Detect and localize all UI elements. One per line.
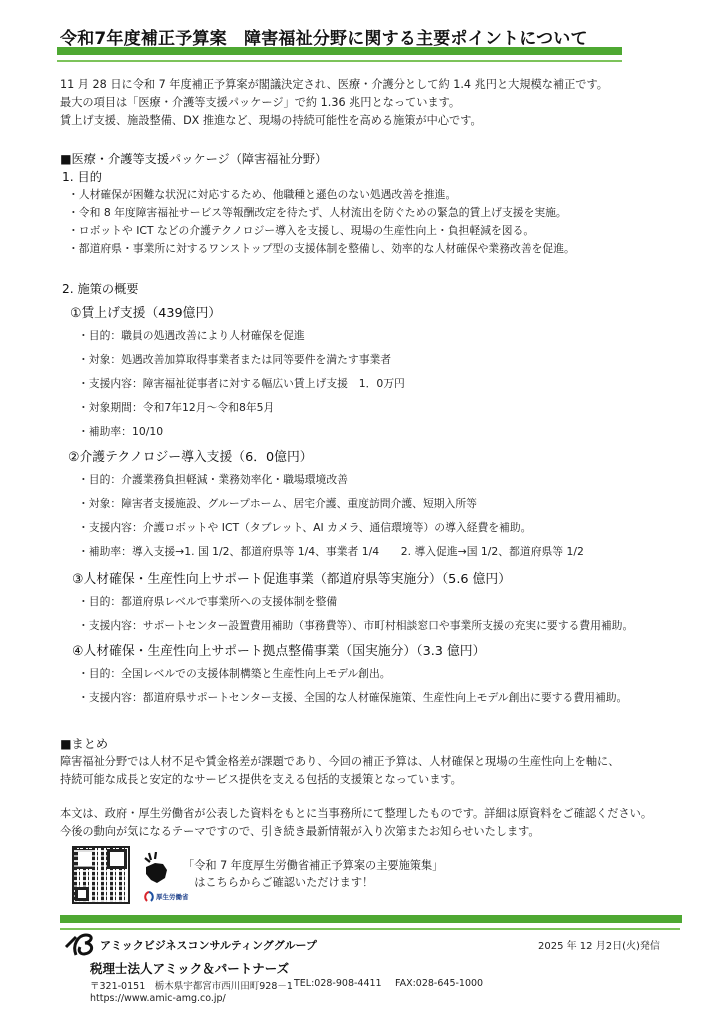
measure-item: ・支援内容：サポートセンター設置費用補助（事務費等）、市町村相談窓口や事業所支援… xyxy=(78,618,633,633)
measure-item: ・対象：処遇改善加算取得事業者または同等要件を満たす事業者 xyxy=(78,352,391,367)
intro-line: 賃上げ支援、施設整備、DX 推進など、現場の持続可能性を高める施策が中心です。 xyxy=(60,112,482,129)
ministry-emblem-icon xyxy=(144,891,154,902)
summary-line: 持続可能な成長と安定的なサービス提供を支える包括的支援策となっています。 xyxy=(60,771,462,788)
qr-callout-line: はこちらからご確認いただけます！ xyxy=(183,874,373,891)
group-name: アミックビジネスコンサルティンググループ xyxy=(100,937,317,953)
qr-finder xyxy=(75,887,89,901)
page-title: 令和7年度補正予算案 障害福祉分野に関する主要ポイントについて xyxy=(60,24,588,49)
measure-item: ・補助率：10/10 xyxy=(78,424,163,439)
purpose-item: ・令和 8 年度障害福祉サービス等報酬改定を待たず、人材流出を防ぐための緊急的賃… xyxy=(68,205,567,220)
note-line: 本文は、政府・厚生労働省が公表した資料をもとに当事務所にて整理したものです。詳細… xyxy=(60,805,652,822)
firm-address: 〒321-0151 栃木県宇都宮市西川田町928－1 xyxy=(90,978,293,992)
ministry-label: 厚生労働省 xyxy=(156,892,189,901)
tap-pointer-icon xyxy=(143,852,169,884)
measure-item: ・対象期間：令和7年12月～令和8年5月 xyxy=(78,400,274,415)
purpose-item: ・都道府県・事業所に対するワンストップ型の支援体制を整備し、効率的な人材確保や業… xyxy=(68,241,575,256)
qr-code[interactable] xyxy=(72,846,130,904)
firm-name: 税理士法人アミック＆パートナーズ xyxy=(90,959,289,977)
section-heading-package: ■医療・介護等支援パッケージ（障害福祉分野） xyxy=(60,150,327,167)
purpose-item: ・ロボットや ICT などの介護テクノロジー導入を支援し、現場の生産性向上・負担… xyxy=(68,223,534,238)
overview-heading: 2. 施策の概要 xyxy=(62,280,138,297)
qr-callout-line: 「令和 7 年度厚生労働省補正予算案の主要施策集」 xyxy=(183,857,443,874)
intro-line: 最大の項目は「医療・介護等支援パッケージ」で約 1.36 兆円となっています。 xyxy=(60,94,460,111)
purpose-item: ・人材確保が困難な状況に対応するため、他職種と遜色のない処遇改善を推進。 xyxy=(68,187,456,202)
measure-item: ・補助率：導入支援→1. 国 1/2、都道府県等 1/4、事業者 1/4 2. … xyxy=(78,544,584,559)
measure-item: ・目的：介護業務負担軽減・業務効率化・職場環境改善 xyxy=(78,472,348,487)
summary-line: 障害福祉分野では人材不足や賃金格差が課題であり、今回の補正予算は、人材確保と現場… xyxy=(60,753,619,770)
header-accent-bar xyxy=(57,47,622,55)
firm-fax: FAX:028-645-1000 xyxy=(395,978,483,989)
issue-date: 2025 年 12 月2日(火)発信 xyxy=(538,937,660,952)
measure-title: ④人材確保・生産性向上サポート拠点整備事業（国実施分）（3.3 億円） xyxy=(72,640,485,659)
measure-title: ③人材確保・生産性向上サポート促進事業（都道府県等実施分）（5.6 億円） xyxy=(72,568,511,587)
measure-item: ・目的：都道府県レベルで事業所への支援体制を整備 xyxy=(78,594,337,609)
measure-item: ・対象：障害者支援施設、グループホーム、居宅介護、重度訪問介護、短期入所等 xyxy=(78,496,477,511)
header-divider xyxy=(57,60,622,62)
ministry-logo: 厚生労働省 xyxy=(144,891,189,902)
firm-tel: TEL:028-908-4411 xyxy=(294,978,382,989)
measure-item: ・目的：全国レベルでの支援体制構築と生産性向上モデル創出。 xyxy=(78,666,391,681)
note-line: 今後の動向が気になるテーマですので、引き続き最新情報が入り次第またお知らせいたし… xyxy=(60,823,540,840)
section-heading-summary: ■まとめ xyxy=(60,735,108,752)
measure-item: ・支援内容：都道府県サポートセンター支援、全国的な人材確保施策、生産性向上モデル… xyxy=(78,690,627,705)
measure-title: ②介護テクノロジー導入支援（6．0億円） xyxy=(68,446,313,465)
measure-item: ・目的：職員の処遇改善により人材確保を促進 xyxy=(78,328,305,343)
firm-url[interactable]: https://www.amic-amg.co.jp/ xyxy=(90,993,226,1004)
measure-title: ①賃上げ支援（439億円） xyxy=(70,302,221,321)
intro-line: 11 月 28 日に令和 7 年度補正予算案が閣議決定され、医療・介護分として約… xyxy=(60,76,608,93)
company-logo-icon xyxy=(64,931,100,957)
footer-divider xyxy=(60,928,680,930)
measure-item: ・支援内容：障害福祉従事者に対する幅広い賃上げ支援 1．0万円 xyxy=(78,376,405,391)
footer-accent-bar xyxy=(60,915,682,923)
purpose-heading: 1. 目的 xyxy=(62,168,102,185)
measure-item: ・支援内容：介護ロボットや ICT（タブレット、AI カメラ、通信環境等）の導入… xyxy=(78,520,531,535)
